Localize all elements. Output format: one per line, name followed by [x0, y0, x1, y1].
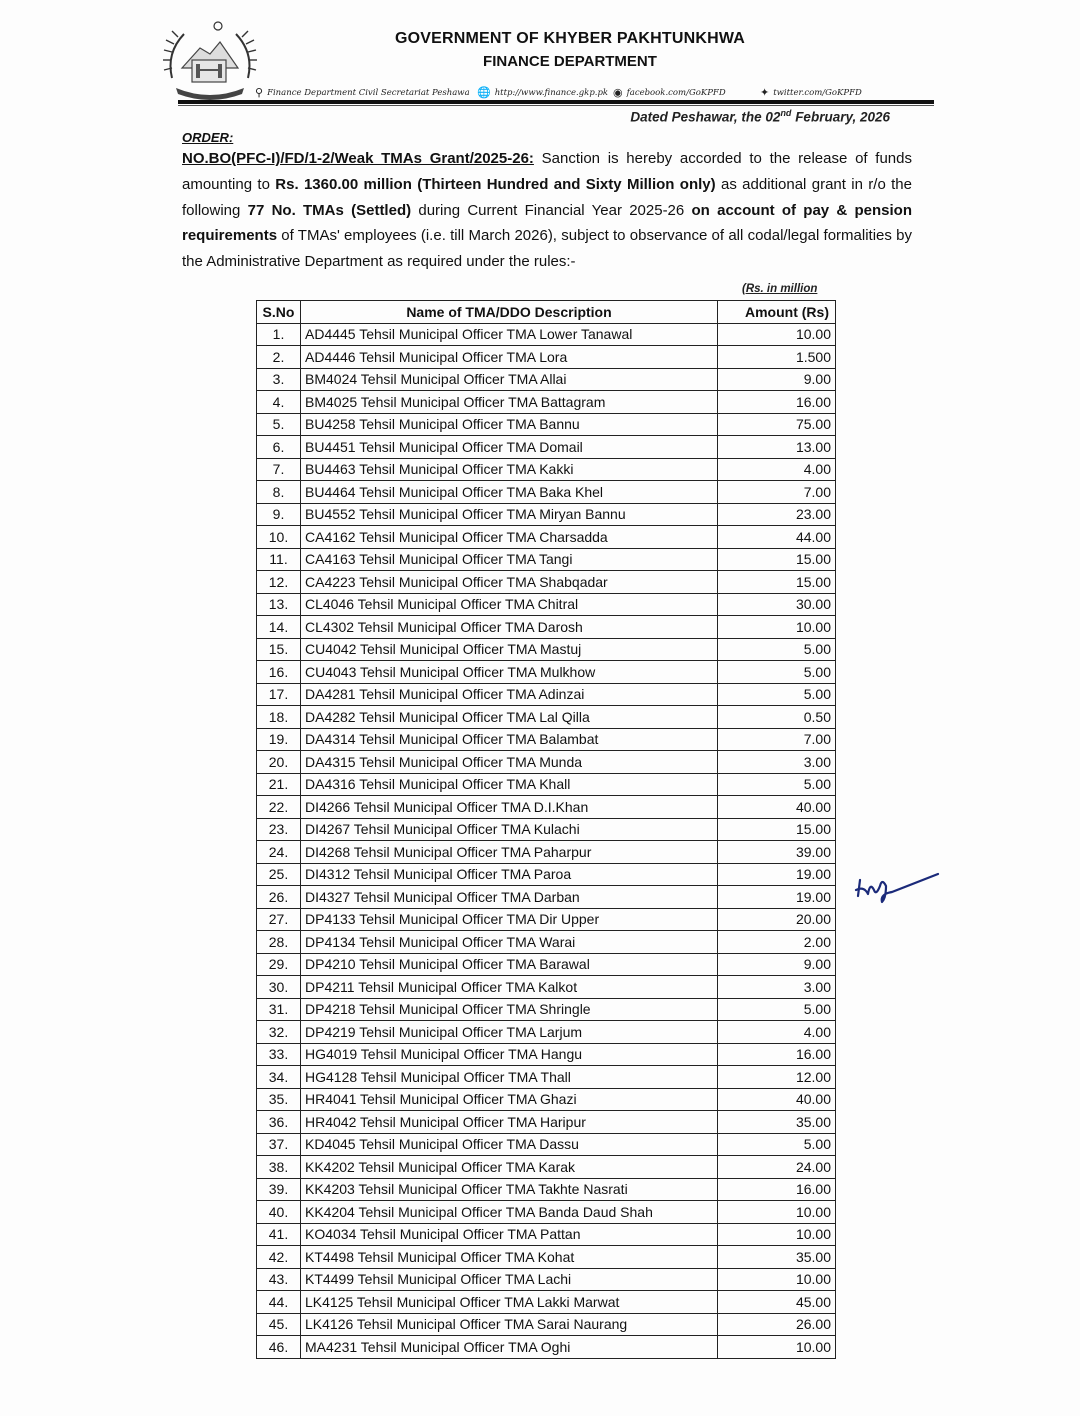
row-description: CA4162 Tehsil Municipal Officer TMA Char… [301, 526, 718, 549]
row-description: KO4034 Tehsil Municipal Officer TMA Patt… [301, 1223, 718, 1246]
row-sno: 15. [257, 638, 301, 661]
row-amount: 10.00 [718, 1223, 836, 1246]
row-description: CL4302 Tehsil Municipal Officer TMA Daro… [301, 616, 718, 639]
table-row: 2.AD4446 Tehsil Municipal Officer TMA Lo… [257, 346, 836, 369]
table-row: 39.KK4203 Tehsil Municipal Officer TMA T… [257, 1178, 836, 1201]
row-sno: 21. [257, 773, 301, 796]
letterhead-divider [178, 100, 934, 104]
row-sno: 42. [257, 1246, 301, 1269]
row-description: DP4210 Tehsil Municipal Officer TMA Bara… [301, 953, 718, 976]
table-row: 18.DA4282 Tehsil Municipal Officer TMA L… [257, 706, 836, 729]
row-sno: 13. [257, 593, 301, 616]
table-row: 20.DA4315 Tehsil Municipal Officer TMA M… [257, 751, 836, 774]
letterhead-divider-thin [178, 105, 934, 106]
row-amount: 1.500 [718, 346, 836, 369]
row-sno: 5. [257, 413, 301, 436]
row-sno: 39. [257, 1178, 301, 1201]
row-description: AD4445 Tehsil Municipal Officer TMA Lowe… [301, 323, 718, 346]
row-description: DA4316 Tehsil Municipal Officer TMA Khal… [301, 773, 718, 796]
table-row: 8.BU4464 Tehsil Municipal Officer TMA Ba… [257, 481, 836, 504]
row-description: AD4446 Tehsil Municipal Officer TMA Lora [301, 346, 718, 369]
row-amount: 10.00 [718, 1268, 836, 1291]
row-amount: 9.00 [718, 953, 836, 976]
row-amount: 3.00 [718, 751, 836, 774]
row-sno: 40. [257, 1201, 301, 1224]
row-amount: 16.00 [718, 1178, 836, 1201]
row-description: DA4282 Tehsil Municipal Officer TMA Lal … [301, 706, 718, 729]
dated-line: Dated Peshawar, the 02nd February, 2026 [630, 108, 890, 125]
table-row: 21.DA4316 Tehsil Municipal Officer TMA K… [257, 773, 836, 796]
row-sno: 3. [257, 368, 301, 391]
table-row: 43.KT4499 Tehsil Municipal Officer TMA L… [257, 1268, 836, 1291]
row-amount: 12.00 [718, 1066, 836, 1089]
row-amount: 2.00 [718, 931, 836, 954]
row-description: DP4219 Tehsil Municipal Officer TMA Larj… [301, 1021, 718, 1044]
row-sno: 16. [257, 661, 301, 684]
row-amount: 19.00 [718, 886, 836, 909]
row-sno: 29. [257, 953, 301, 976]
table-row: 6.BU4451 Tehsil Municipal Officer TMA Do… [257, 436, 836, 459]
header-amount: Amount (Rs) [718, 301, 836, 324]
row-amount: 10.00 [718, 323, 836, 346]
row-amount: 13.00 [718, 436, 836, 459]
row-description: HR4041 Tehsil Municipal Officer TMA Ghaz… [301, 1088, 718, 1111]
contact-bar: ⚲Finance Department Civil Secretariat Pe… [255, 84, 935, 100]
order-heading: ORDER: [182, 130, 233, 145]
row-amount: 20.00 [718, 908, 836, 931]
row-sno: 45. [257, 1313, 301, 1336]
table-row: 37.KD4045 Tehsil Municipal Officer TMA D… [257, 1133, 836, 1156]
row-description: DA4314 Tehsil Municipal Officer TMA Bala… [301, 728, 718, 751]
table-row: 40.KK4204 Tehsil Municipal Officer TMA B… [257, 1201, 836, 1224]
unit-note: (Rs. in million [742, 283, 817, 295]
row-sno: 34. [257, 1066, 301, 1089]
row-sno: 8. [257, 481, 301, 504]
row-amount: 5.00 [718, 998, 836, 1021]
row-description: DA4281 Tehsil Municipal Officer TMA Adin… [301, 683, 718, 706]
table-row: 4.BM4025 Tehsil Municipal Officer TMA Ba… [257, 391, 836, 414]
facebook-icon: ◉ [613, 86, 623, 99]
row-sno: 38. [257, 1156, 301, 1179]
row-sno: 43. [257, 1268, 301, 1291]
row-sno: 10. [257, 526, 301, 549]
row-sno: 7. [257, 458, 301, 481]
row-description: CL4046 Tehsil Municipal Officer TMA Chit… [301, 593, 718, 616]
row-amount: 15.00 [718, 548, 836, 571]
row-description: CU4043 Tehsil Municipal Officer TMA Mulk… [301, 661, 718, 684]
row-sno: 37. [257, 1133, 301, 1156]
row-description: CU4042 Tehsil Municipal Officer TMA Mast… [301, 638, 718, 661]
table-row: 23.DI4267 Tehsil Municipal Officer TMA K… [257, 818, 836, 841]
table-row: 29.DP4210 Tehsil Municipal Officer TMA B… [257, 953, 836, 976]
table-row: 31.DP4218 Tehsil Municipal Officer TMA S… [257, 998, 836, 1021]
row-description: DP4134 Tehsil Municipal Officer TMA Wara… [301, 931, 718, 954]
row-sno: 19. [257, 728, 301, 751]
row-sno: 14. [257, 616, 301, 639]
table-row: 27.DP4133 Tehsil Municipal Officer TMA D… [257, 908, 836, 931]
row-amount: 39.00 [718, 841, 836, 864]
row-sno: 1. [257, 323, 301, 346]
table-row: 28.DP4134 Tehsil Municipal Officer TMA W… [257, 931, 836, 954]
table-row: 14.CL4302 Tehsil Municipal Officer TMA D… [257, 616, 836, 639]
row-amount: 16.00 [718, 391, 836, 414]
row-description: HG4019 Tehsil Municipal Officer TMA Hang… [301, 1043, 718, 1066]
row-description: BU4463 Tehsil Municipal Officer TMA Kakk… [301, 458, 718, 481]
row-description: LK4125 Tehsil Municipal Officer TMA Lakk… [301, 1291, 718, 1314]
row-description: DP4211 Tehsil Municipal Officer TMA Kalk… [301, 976, 718, 999]
row-description: KT4499 Tehsil Municipal Officer TMA Lach… [301, 1268, 718, 1291]
contact-website[interactable]: 🌐http://www.finance.gkp.pk [477, 86, 608, 99]
row-description: BU4451 Tehsil Municipal Officer TMA Doma… [301, 436, 718, 459]
row-sno: 22. [257, 796, 301, 819]
row-sno: 17. [257, 683, 301, 706]
row-sno: 44. [257, 1291, 301, 1314]
row-amount: 10.00 [718, 616, 836, 639]
order-reference-number: NO.BO(PFC-I)/FD/1-2/Weak TMAs Grant/2025… [182, 150, 534, 167]
table-row: 13.CL4046 Tehsil Municipal Officer TMA C… [257, 593, 836, 616]
row-description: MA4231 Tehsil Municipal Officer TMA Oghi [301, 1336, 718, 1359]
row-description: DI4266 Tehsil Municipal Officer TMA D.I.… [301, 796, 718, 819]
table-row: 17.DA4281 Tehsil Municipal Officer TMA A… [257, 683, 836, 706]
row-description: BU4464 Tehsil Municipal Officer TMA Baka… [301, 481, 718, 504]
row-description: DP4218 Tehsil Municipal Officer TMA Shri… [301, 998, 718, 1021]
row-amount: 5.00 [718, 773, 836, 796]
row-sno: 6. [257, 436, 301, 459]
table-row: 9.BU4552 Tehsil Municipal Officer TMA Mi… [257, 503, 836, 526]
table-row: 15.CU4042 Tehsil Municipal Officer TMA M… [257, 638, 836, 661]
table-row: 34.HG4128 Tehsil Municipal Officer TMA T… [257, 1066, 836, 1089]
department-title: FINANCE DEPARTMENT [0, 53, 1080, 70]
row-amount: 5.00 [718, 638, 836, 661]
row-amount: 5.00 [718, 1133, 836, 1156]
table-row: 16.CU4043 Tehsil Municipal Officer TMA M… [257, 661, 836, 684]
table-row: 36.HR4042 Tehsil Municipal Officer TMA H… [257, 1111, 836, 1134]
row-amount: 7.00 [718, 481, 836, 504]
row-description: DI4312 Tehsil Municipal Officer TMA Paro… [301, 863, 718, 886]
row-sno: 25. [257, 863, 301, 886]
row-sno: 33. [257, 1043, 301, 1066]
government-title: GOVERNMENT OF KHYBER PAKHTUNKHWA [0, 30, 1080, 48]
row-description: BU4258 Tehsil Municipal Officer TMA Bann… [301, 413, 718, 436]
grant-amount: Rs. 1360.00 million (Thirteen Hundred an… [275, 176, 715, 193]
row-description: KK4202 Tehsil Municipal Officer TMA Kara… [301, 1156, 718, 1179]
row-sno: 26. [257, 886, 301, 909]
row-amount: 7.00 [718, 728, 836, 751]
row-description: KT4498 Tehsil Municipal Officer TMA Koha… [301, 1246, 718, 1269]
twitter-icon: ✦ [760, 86, 769, 99]
row-description: KK4204 Tehsil Municipal Officer TMA Band… [301, 1201, 718, 1224]
row-amount: 5.00 [718, 661, 836, 684]
table-header-row: S.No Name of TMA/DDO Description Amount … [257, 301, 836, 324]
globe-icon: 🌐 [477, 86, 491, 99]
table-row: 12.CA4223 Tehsil Municipal Officer TMA S… [257, 571, 836, 594]
row-sno: 4. [257, 391, 301, 414]
row-amount: 9.00 [718, 368, 836, 391]
row-description: HR4042 Tehsil Municipal Officer TMA Hari… [301, 1111, 718, 1134]
tma-grant-table: S.No Name of TMA/DDO Description Amount … [256, 300, 836, 1359]
row-sno: 28. [257, 931, 301, 954]
row-amount: 5.00 [718, 683, 836, 706]
table-row: 32.DP4219 Tehsil Municipal Officer TMA L… [257, 1021, 836, 1044]
table-row: 42.KT4498 Tehsil Municipal Officer TMA K… [257, 1246, 836, 1269]
row-description: LK4126 Tehsil Municipal Officer TMA Sara… [301, 1313, 718, 1336]
contact-facebook[interactable]: ◉facebook.com/GoKPFD [613, 86, 726, 99]
header-sno: S.No [257, 301, 301, 324]
location-pin-icon: ⚲ [255, 86, 263, 99]
row-sno: 30. [257, 976, 301, 999]
row-description: BU4552 Tehsil Municipal Officer TMA Miry… [301, 503, 718, 526]
row-description: DI4267 Tehsil Municipal Officer TMA Kula… [301, 818, 718, 841]
tma-count: 77 No. TMAs (Settled) [248, 202, 411, 219]
row-amount: 30.00 [718, 593, 836, 616]
row-sno: 18. [257, 706, 301, 729]
table-row: 24.DI4268 Tehsil Municipal Officer TMA P… [257, 841, 836, 864]
row-amount: 15.00 [718, 571, 836, 594]
table-row: 30.DP4211 Tehsil Municipal Officer TMA K… [257, 976, 836, 999]
row-amount: 40.00 [718, 1088, 836, 1111]
row-description: DI4327 Tehsil Municipal Officer TMA Darb… [301, 886, 718, 909]
row-sno: 24. [257, 841, 301, 864]
table-row: 22.DI4266 Tehsil Municipal Officer TMA D… [257, 796, 836, 819]
contact-address: ⚲Finance Department Civil Secretariat Pe… [255, 86, 470, 99]
row-sno: 41. [257, 1223, 301, 1246]
row-description: KK4203 Tehsil Municipal Officer TMA Takh… [301, 1178, 718, 1201]
row-sno: 9. [257, 503, 301, 526]
row-sno: 36. [257, 1111, 301, 1134]
row-amount: 16.00 [718, 1043, 836, 1066]
row-sno: 35. [257, 1088, 301, 1111]
row-amount: 24.00 [718, 1156, 836, 1179]
table-row: 1.AD4445 Tehsil Municipal Officer TMA Lo… [257, 323, 836, 346]
row-amount: 0.50 [718, 706, 836, 729]
table-row: 44.LK4125 Tehsil Municipal Officer TMA L… [257, 1291, 836, 1314]
row-sno: 31. [257, 998, 301, 1021]
row-sno: 27. [257, 908, 301, 931]
table-row: 26.DI4327 Tehsil Municipal Officer TMA D… [257, 886, 836, 909]
signature-initials [852, 868, 942, 908]
row-sno: 2. [257, 346, 301, 369]
row-amount: 15.00 [718, 818, 836, 841]
row-amount: 3.00 [718, 976, 836, 999]
row-sno: 23. [257, 818, 301, 841]
order-paragraph: NO.BO(PFC-I)/FD/1-2/Weak TMAs Grant/2025… [182, 146, 912, 275]
row-amount: 23.00 [718, 503, 836, 526]
document-page: GOVERNMENT OF KHYBER PAKHTUNKHWA FINANCE… [0, 0, 1080, 1416]
row-amount: 10.00 [718, 1336, 836, 1359]
row-amount: 75.00 [718, 413, 836, 436]
table-row: 11.CA4163 Tehsil Municipal Officer TMA T… [257, 548, 836, 571]
contact-twitter[interactable]: ✦twitter.com/GoKPFD [760, 86, 862, 99]
row-sno: 46. [257, 1336, 301, 1359]
table-row: 25.DI4312 Tehsil Municipal Officer TMA P… [257, 863, 836, 886]
table-row: 41.KO4034 Tehsil Municipal Officer TMA P… [257, 1223, 836, 1246]
row-description: KD4045 Tehsil Municipal Officer TMA Dass… [301, 1133, 718, 1156]
row-amount: 26.00 [718, 1313, 836, 1336]
row-amount: 4.00 [718, 458, 836, 481]
row-sno: 11. [257, 548, 301, 571]
header-description: Name of TMA/DDO Description [301, 301, 718, 324]
row-sno: 20. [257, 751, 301, 774]
row-amount: 35.00 [718, 1111, 836, 1134]
table-row: 46.MA4231 Tehsil Municipal Officer TMA O… [257, 1336, 836, 1359]
table-row: 33.HG4019 Tehsil Municipal Officer TMA H… [257, 1043, 836, 1066]
row-description: BM4025 Tehsil Municipal Officer TMA Batt… [301, 391, 718, 414]
row-sno: 32. [257, 1021, 301, 1044]
row-description: HG4128 Tehsil Municipal Officer TMA Thal… [301, 1066, 718, 1089]
row-amount: 19.00 [718, 863, 836, 886]
row-amount: 44.00 [718, 526, 836, 549]
row-amount: 4.00 [718, 1021, 836, 1044]
table-row: 38.KK4202 Tehsil Municipal Officer TMA K… [257, 1156, 836, 1179]
row-description: DA4315 Tehsil Municipal Officer TMA Mund… [301, 751, 718, 774]
table-row: 45.LK4126 Tehsil Municipal Officer TMA S… [257, 1313, 836, 1336]
row-sno: 12. [257, 571, 301, 594]
table-row: 19.DA4314 Tehsil Municipal Officer TMA B… [257, 728, 836, 751]
table-row: 7.BU4463 Tehsil Municipal Officer TMA Ka… [257, 458, 836, 481]
row-amount: 10.00 [718, 1201, 836, 1224]
table-row: 10.CA4162 Tehsil Municipal Officer TMA C… [257, 526, 836, 549]
row-description: BM4024 Tehsil Municipal Officer TMA Alla… [301, 368, 718, 391]
row-amount: 40.00 [718, 796, 836, 819]
row-amount: 35.00 [718, 1246, 836, 1269]
table-row: 35.HR4041 Tehsil Municipal Officer TMA G… [257, 1088, 836, 1111]
table-row: 3.BM4024 Tehsil Municipal Officer TMA Al… [257, 368, 836, 391]
row-description: CA4223 Tehsil Municipal Officer TMA Shab… [301, 571, 718, 594]
table-body: 1.AD4445 Tehsil Municipal Officer TMA Lo… [257, 323, 836, 1358]
row-description: DP4133 Tehsil Municipal Officer TMA Dir … [301, 908, 718, 931]
row-description: DI4268 Tehsil Municipal Officer TMA Paha… [301, 841, 718, 864]
table-row: 5.BU4258 Tehsil Municipal Officer TMA Ba… [257, 413, 836, 436]
row-amount: 45.00 [718, 1291, 836, 1314]
row-description: CA4163 Tehsil Municipal Officer TMA Tang… [301, 548, 718, 571]
